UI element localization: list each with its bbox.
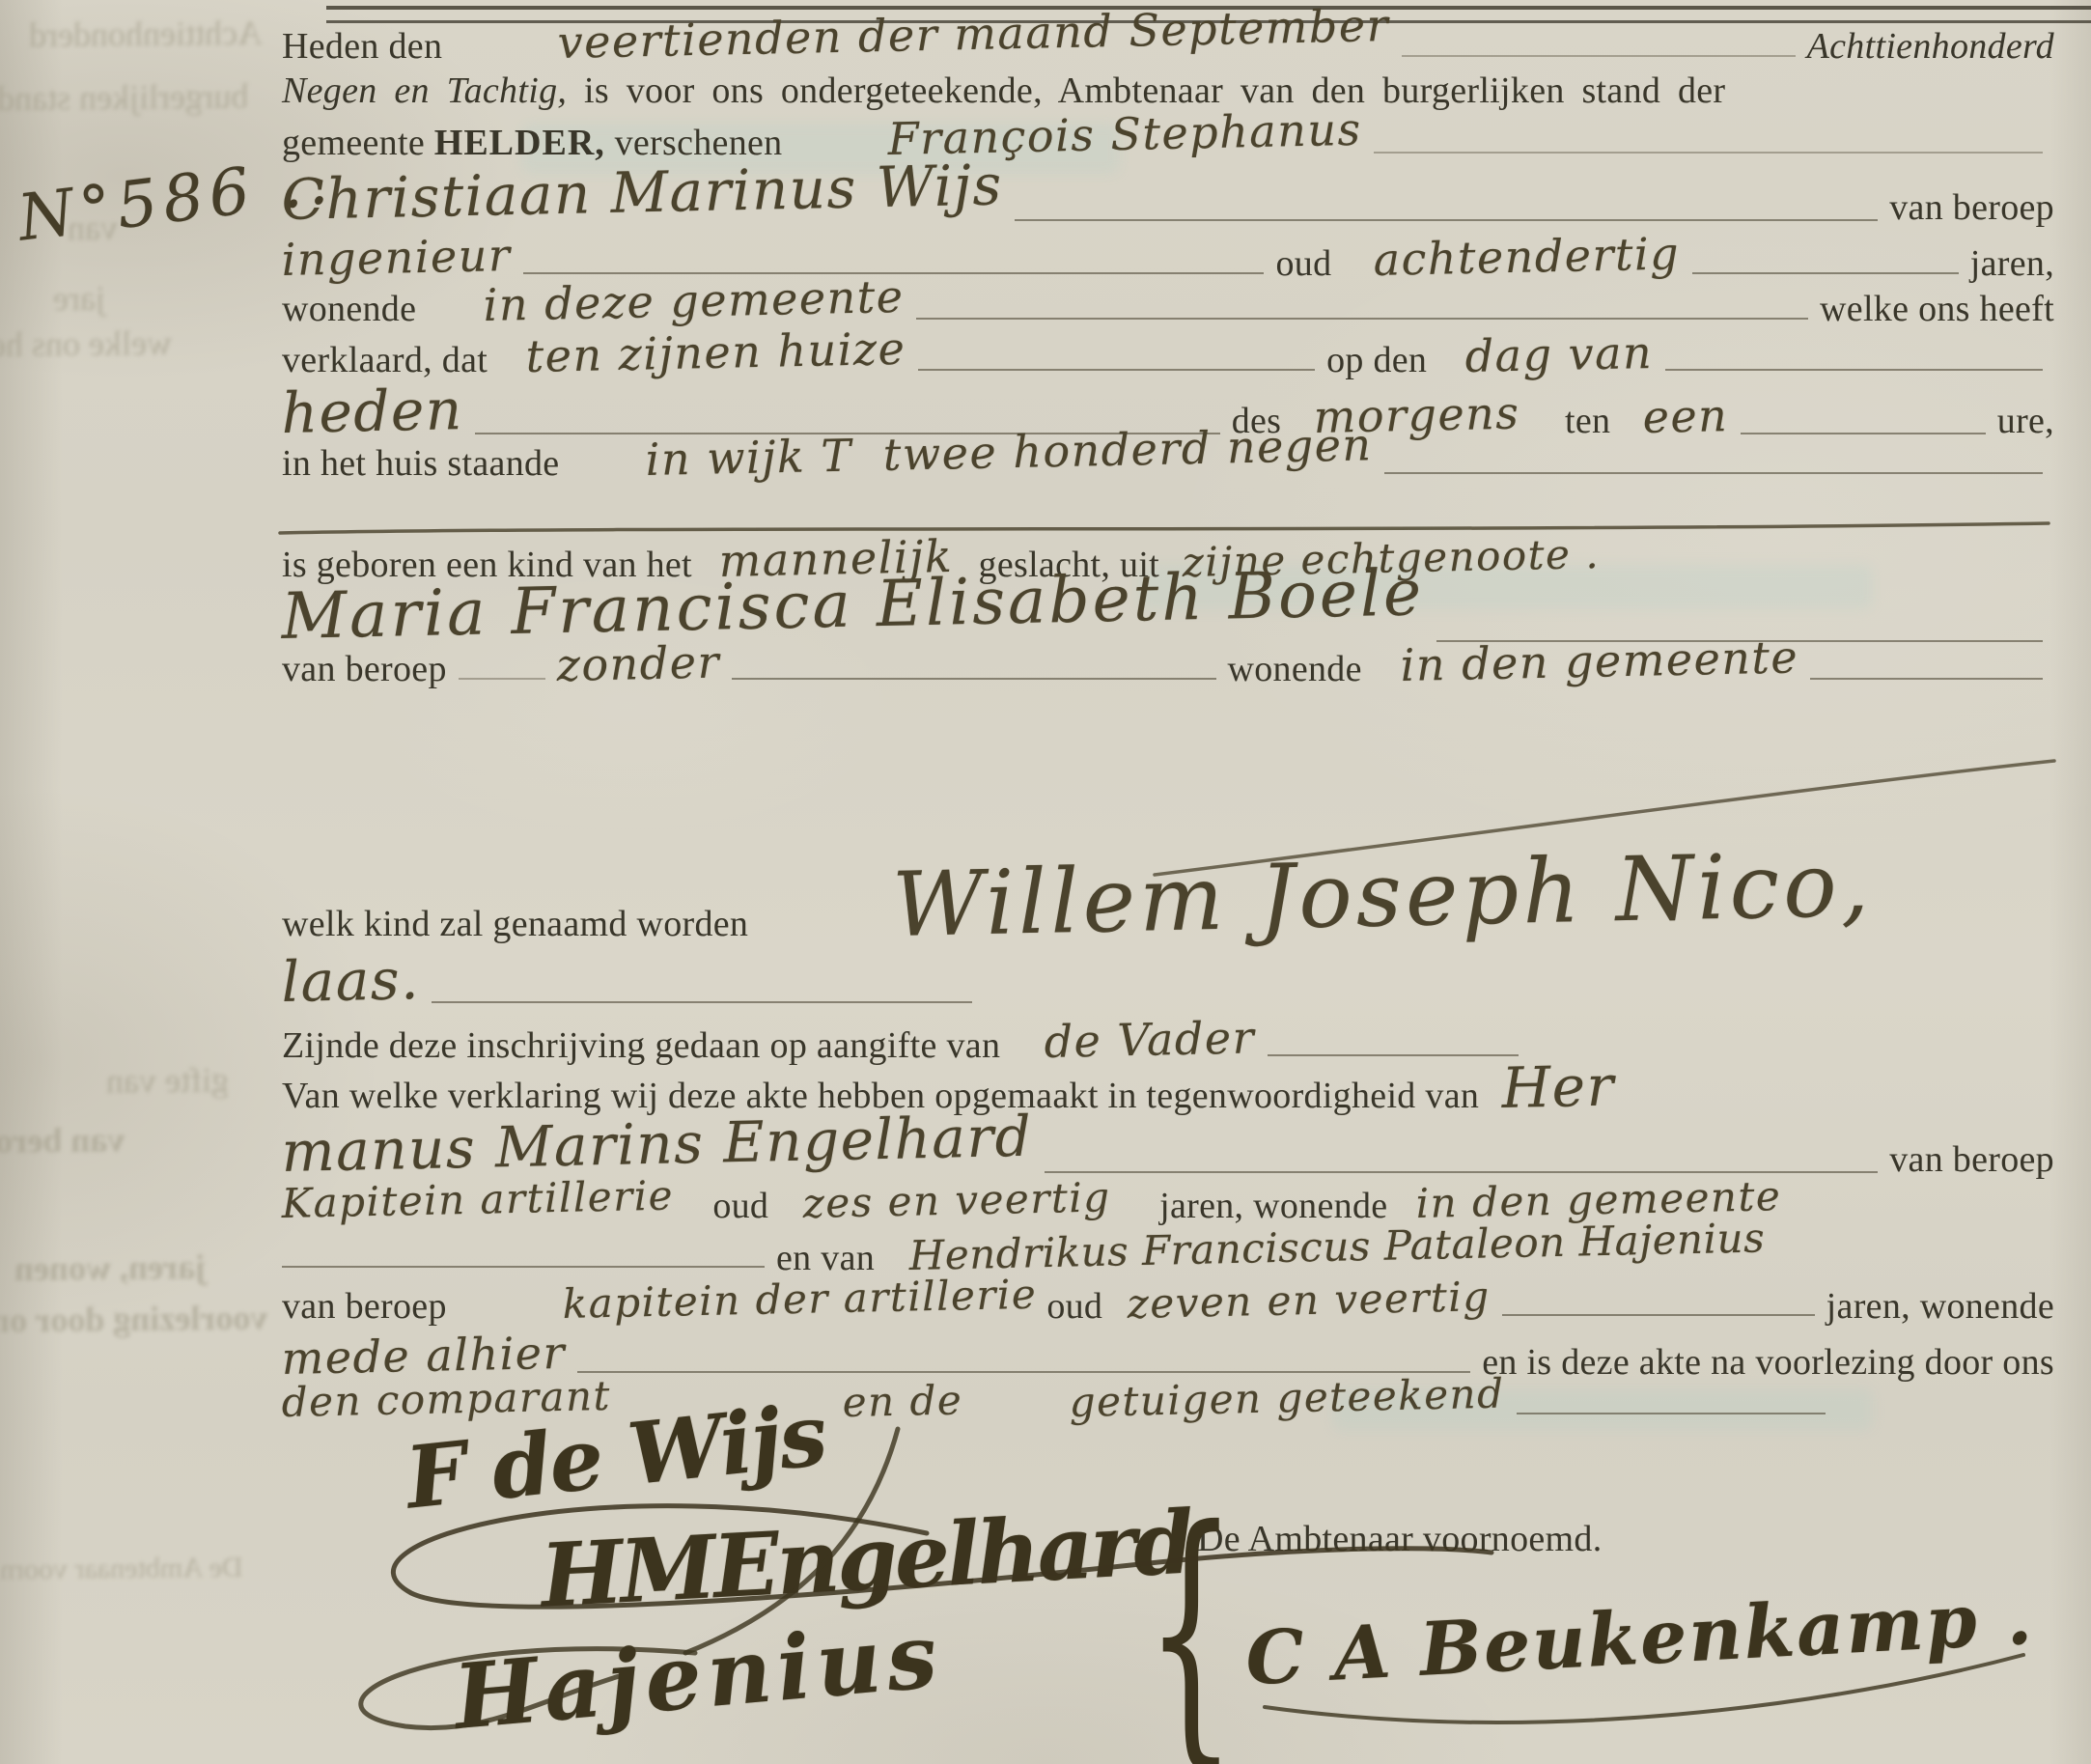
- blank-rule: [1517, 1409, 1826, 1414]
- line-date: Heden den veertienden der maand Septembe…: [282, 16, 2054, 69]
- printed-label: wonende: [282, 288, 416, 330]
- printed-label: Heden den: [282, 25, 442, 68]
- handwritten-occupation: ingenieur: [281, 229, 512, 286]
- bleedthrough-text: voorlezing door on: [0, 1297, 268, 1340]
- signature-official: C A Beukenkamp .: [1243, 1575, 2035, 1702]
- blank-rule: [1384, 468, 2043, 474]
- printed-label: welk kind zal genaamd worden: [282, 903, 748, 945]
- bleedthrough-text: Achttienhonderd: [29, 13, 263, 56]
- line-mother-occupation: van beroep zonder wonende in den gemeent…: [282, 639, 2054, 691]
- handwritten-closing-witnesses-signed: getuigen geteekend: [1069, 1370, 1505, 1426]
- printed-label: wonende: [1228, 648, 1362, 690]
- printed-label: jaren, wonende: [1159, 1185, 1387, 1227]
- bleedthrough-text: gifte van: [106, 1059, 229, 1101]
- handwritten-closing-and: en de: [842, 1376, 962, 1426]
- handwritten-day: dag van: [1464, 326, 1654, 382]
- printed-label: op den: [1326, 339, 1427, 381]
- signature-witness2: Hajenius: [450, 1603, 946, 1750]
- scanned-birth-record: Achttienhonderd burgerlijken stand d van…: [0, 0, 2091, 1764]
- separator-stroke: [280, 523, 2049, 533]
- printed-municipality-name: HELDER,: [434, 122, 605, 164]
- printed-label: gemeente: [282, 122, 434, 164]
- line-house-address: in het huis staande in wijk T twee honde…: [282, 434, 2054, 486]
- bleedthrough-text: van bero: [0, 1119, 125, 1161]
- handwritten-at-whose-house: ten zijnen huize: [525, 322, 906, 382]
- blank-rule: [459, 674, 545, 680]
- printed-label: verklaard, dat: [282, 339, 488, 381]
- blank-rule: [1502, 1310, 1815, 1316]
- printed-label-year: Negen en Tachtig,: [282, 70, 567, 112]
- bleedthrough-text: welke ons he: [0, 322, 172, 365]
- blank-rule: [1015, 215, 1878, 221]
- printed-label: Achttienhonderd: [1807, 25, 2054, 68]
- line-witness1-details: Kapitein artillerie oud zes en veertig j…: [282, 1180, 2054, 1227]
- blank-rule: [577, 1367, 1470, 1373]
- handwritten-witness1-start: Her: [1501, 1053, 1616, 1121]
- line-declarant-residence: wonende in deze gemeente welke ons heeft: [282, 279, 2054, 331]
- printed-label: van beroep: [282, 1285, 447, 1328]
- blank-rule: [1402, 51, 1796, 57]
- printed-label: van beroep: [1889, 186, 2054, 229]
- bleedthrough-text: burgerlijken stand d: [0, 75, 248, 119]
- handwritten-witness2-age: zeven en veertig: [1127, 1273, 1491, 1328]
- bleedthrough-text: jare: [53, 278, 105, 320]
- line-child-name-continued: laas.: [282, 949, 2054, 1015]
- blank-rule: [1692, 268, 1959, 274]
- handwritten-declarant-name: Christiaan Marinus Wijs: [281, 152, 1003, 233]
- printed-label: welke ons heeft: [1820, 288, 2054, 330]
- handwritten-age: achtendertig: [1373, 227, 1681, 286]
- blank-rule: [282, 1262, 765, 1268]
- blank-rule: [432, 997, 972, 1003]
- handwritten-child-name: Willem Joseph Nico,: [891, 833, 1874, 957]
- blank-rule: [918, 365, 1315, 371]
- printed-label: in het huis staande: [282, 442, 559, 485]
- signature-witness1: HMEngelhard: [539, 1491, 1194, 1627]
- printed-label: van beroep: [1889, 1138, 2054, 1181]
- line-year: Negen en Tachtig, is voor ons ondergetee…: [282, 70, 2054, 112]
- handwritten-residence: in deze gemeente: [483, 270, 905, 331]
- blank-rule: [732, 674, 1216, 680]
- official-title-label: De Ambtenaar voornoemd.: [1197, 1518, 1603, 1560]
- blank-rule: [916, 314, 1808, 320]
- line-child-name: welk kind zal genaamd worden Willem Jose…: [282, 854, 2054, 957]
- handwritten-witness1-age: zes en veertig: [802, 1173, 1111, 1227]
- line-witness2-name: en van Hendrikus Franciscus Pataleon Haj…: [282, 1232, 2054, 1279]
- handwritten-child-name-continued: laas.: [281, 946, 421, 1015]
- line-declarant-name: Christiaan Marinus Wijs van beroep: [282, 167, 2054, 233]
- bleedthrough-text: jaren, wonen: [14, 1246, 208, 1289]
- handwritten-mother-residence: in den gemeente: [1400, 630, 1798, 691]
- printed-label: is voor ons ondergeteekende, Ambtenaar v…: [567, 70, 1725, 112]
- printed-label: en is deze akte na voorlezing door ons: [1482, 1341, 2054, 1384]
- handwritten-witness2-occupation: kapitein der artillerie: [562, 1271, 1037, 1328]
- line-witness2-details: van beroep kapitein der artillerie oud z…: [282, 1280, 2054, 1328]
- blank-rule: [1810, 674, 2043, 680]
- printed-label: jaren, wonende: [1826, 1285, 2054, 1328]
- line-witnesses-intro: Van welke verklaring wij deze akte hebbe…: [282, 1055, 2054, 1121]
- line-declaration: verklaard, dat ten zijnen huize op den d…: [282, 330, 2054, 382]
- blank-rule: [1665, 365, 2043, 371]
- printed-label: van beroep: [282, 648, 447, 690]
- blank-rule: [1374, 148, 2043, 154]
- brace-mark: {: [1145, 1495, 1237, 1764]
- handwritten-mother-occupation: zonder: [556, 635, 720, 691]
- handwritten-witness1-occupation: Kapitein artillerie: [281, 1171, 674, 1226]
- printed-label: oud: [712, 1185, 768, 1227]
- bleedthrough-text: De Ambtenaar voorn: [0, 1552, 243, 1587]
- printed-label: en van: [776, 1237, 875, 1279]
- printed-label: oud: [1046, 1285, 1102, 1328]
- line-municipality: gemeente HELDER, verschenen François Ste…: [282, 113, 2054, 165]
